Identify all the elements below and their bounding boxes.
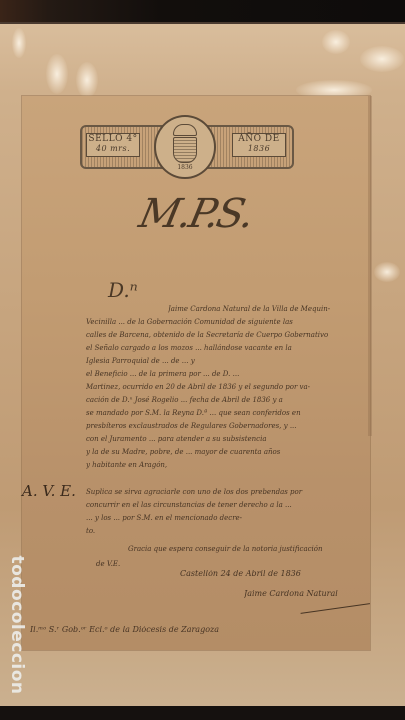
glare-reflection — [76, 62, 98, 98]
salutation: D.ⁿ — [108, 278, 138, 302]
body-line: calles de Barcena, obtenido de la Secret… — [86, 331, 368, 339]
body-line: se mandado por S.M. la Reyna D.ª ... que… — [86, 409, 368, 417]
petition-line: ... y los ... por S.M. en el mencionado … — [86, 514, 368, 522]
glare-reflection — [374, 262, 400, 282]
stamp-year-label: AÑO DE — [233, 134, 285, 144]
crown-icon — [173, 124, 197, 136]
body-line: Martinez, ocurrido en 20 de Abril de 183… — [86, 383, 368, 391]
closing-line: de V.E. — [96, 560, 156, 568]
royal-seal-icon: 1836 — [154, 115, 216, 179]
glare-reflection — [46, 54, 68, 94]
petition-line: to. — [86, 527, 126, 535]
body-line: y habitante en Aragón, — [86, 461, 286, 469]
stamp-value-box: SELLO 4° 40 mrs. — [86, 133, 140, 157]
monogram-heading: M.P.S. — [135, 192, 256, 236]
body-line: Jaime Cardona Natural de la Villa de Meq… — [168, 305, 368, 313]
body-line: Vecinilla ... de la Gobernación Comunida… — [86, 318, 368, 326]
dark-background-bottom — [0, 706, 405, 720]
body-line: presbíteros exclaustrados de Regulares G… — [86, 422, 368, 430]
revenue-stamp: SELLO 4° 40 mrs. 1836 AÑO DE 1836 — [80, 115, 290, 177]
petition-margin-mark: A. V. E. — [22, 482, 76, 500]
stamp-year: 1836 — [233, 144, 285, 154]
signature: Jaime Cardona Natural — [244, 590, 374, 598]
body-line: cación de D.ⁿ José Rogelio ... fecha de … — [86, 396, 368, 404]
stamp-price: 40 mrs. — [87, 144, 139, 154]
place-and-date: Castellón 24 de Abril de 1836 — [180, 570, 340, 578]
glare-reflection — [12, 28, 26, 58]
body-line: con el Juramento ... para atender a su s… — [86, 435, 368, 443]
body-line: Iglesia Parroquial de ... de ... y — [86, 357, 368, 365]
glare-reflection — [360, 46, 404, 72]
stamp-year-box: AÑO DE 1836 — [232, 133, 286, 157]
stamp-seal-class: SELLO 4° — [87, 134, 139, 144]
petition-line: Suplica se sirva agraciarle con uno de l… — [86, 488, 368, 496]
body-line: y la de su Madre, pobre, de ... mayor de… — [86, 448, 368, 456]
watermark-text: todocoleccion — [7, 555, 27, 694]
body-line: el Beneficio ... de la primera por ... d… — [86, 370, 368, 378]
glare-reflection — [322, 30, 350, 54]
site-watermark: todocoleccion — [7, 540, 27, 710]
body-line: el Señalo cargado a los mozos ... hallán… — [86, 344, 368, 352]
coat-of-arms-icon — [173, 137, 197, 163]
seal-year: 1836 — [177, 164, 192, 171]
closing-line: Gracia que espera conseguir de la notori… — [128, 545, 368, 553]
page-edge — [368, 96, 372, 436]
addressee-line: Il.ᵐᵒ S.ʳ Gob.ᵒʳ Ecl.ᵒ de la Diócesis de… — [30, 626, 280, 634]
petition-line: concurrir en el las circunstancias de te… — [86, 501, 368, 509]
